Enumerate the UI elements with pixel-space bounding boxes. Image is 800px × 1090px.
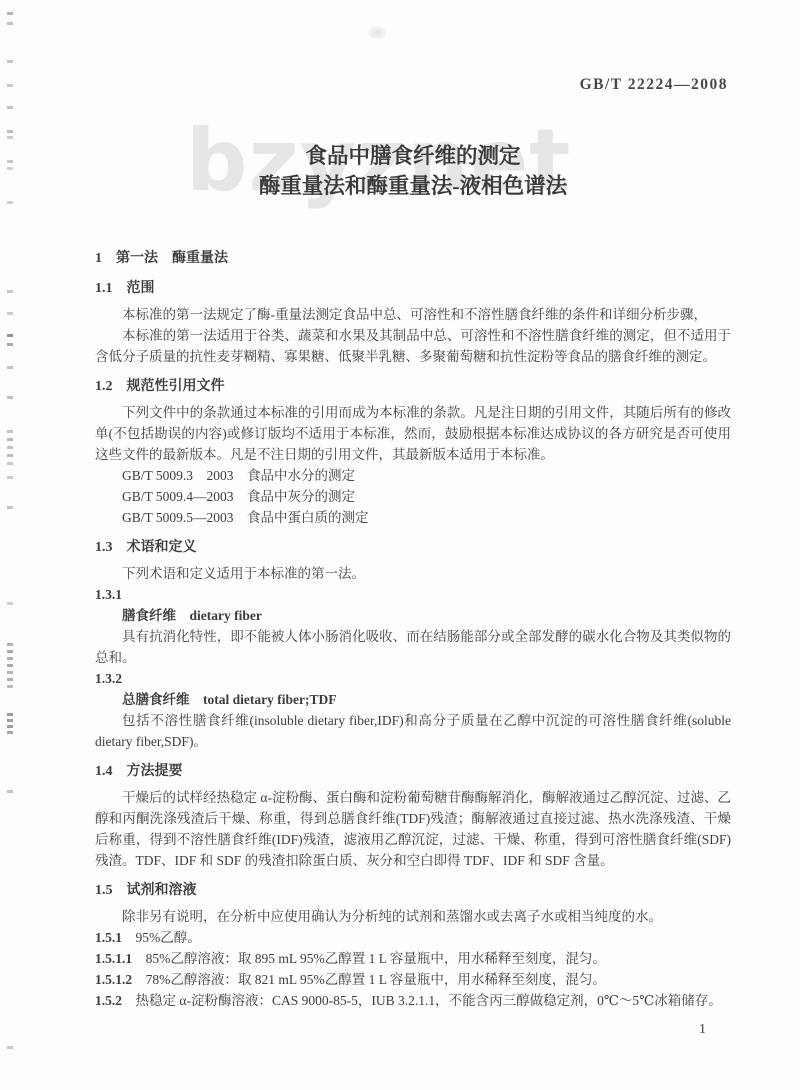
clause-text: 本标准的第一法适用于谷类、蔬菜和水果及其制品中总、可溶性和不溶性膳食纤维的测定，… bbox=[95, 328, 731, 364]
page-number: 1 bbox=[699, 1022, 706, 1038]
reference-item: GB/T 5009.5—2003 食品中蛋白质的测定 bbox=[122, 507, 731, 528]
clause-1.5.1.2: 1.5.1.278%乙醇溶液：取 821 mL 95%乙醇置 1 L 容量瓶中，… bbox=[95, 969, 731, 990]
reference-item: GB/T 5009.3 2003 食品中水分的测定 bbox=[122, 465, 731, 486]
paragraph: 干燥后的试样经热稳定 α-淀粉酶、蛋白酶和淀粉葡萄糖苷酶酶解消化，酶解液通过乙醇… bbox=[95, 787, 731, 871]
clause-text: 78%乙醇溶液：取 821 mL 95%乙醇置 1 L 容量瓶中，用水稀释至刻度… bbox=[146, 972, 606, 987]
scan-edge-artifacts bbox=[7, 12, 13, 15]
clause-number: 1.2 bbox=[95, 379, 113, 394]
term-number-1.3.1: 1.3.1 bbox=[95, 584, 731, 605]
clause-number: 1.4 bbox=[95, 764, 113, 779]
term-title: 膳食纤维 dietary fiber bbox=[122, 605, 731, 626]
clause-number: 1.5.1.1 bbox=[95, 951, 132, 966]
clause-heading-1.2: 1.2规范性引用文件 bbox=[95, 376, 731, 397]
clause-text: 第一法 酶重量法 bbox=[116, 251, 228, 266]
clause-text: GB/T 5009.5—2003 食品中蛋白质的测定 bbox=[122, 510, 369, 525]
clause-1.5.2: 1.5.2热稳定 α-淀粉酶溶液：CAS 9000-85-5，IUB 3.2.1… bbox=[95, 990, 731, 1011]
clause-heading-1.3: 1.3术语和定义 bbox=[95, 537, 731, 558]
clause-text: 规范性引用文件 bbox=[127, 379, 225, 394]
paragraph: 除非另有说明，在分析中应使用确认为分析纯的试剂和蒸馏水或去离子水或相当纯度的水。 bbox=[95, 906, 731, 927]
document-body: 1第一法 酶重量法1.1范围本标准的第一法规定了酶-重量法测定食品中总、可溶性和… bbox=[95, 240, 731, 1011]
clause-text: 范围 bbox=[127, 281, 155, 296]
clause-heading-1.1: 1.1范围 bbox=[95, 278, 731, 299]
paragraph: 下列文件中的条款通过本标准的引用而成为本标准的条款。凡是注日期的引用文件，其随后… bbox=[95, 402, 731, 465]
clause-text: 热稳定 α-淀粉酶溶液：CAS 9000-85-5，IUB 3.2.1.1，不能… bbox=[136, 993, 722, 1008]
clause-text: 干燥后的试样经热稳定 α-淀粉酶、蛋白酶和淀粉葡萄糖苷酶酶解消化，酶解液通过乙醇… bbox=[95, 790, 731, 868]
clause-text: 包括不溶性膳食纤维(insoluble dietary fiber,IDF)和高… bbox=[95, 713, 731, 749]
paragraph: 本标准的第一法适用于谷类、蔬菜和水果及其制品中总、可溶性和不溶性膳食纤维的测定，… bbox=[95, 325, 731, 367]
clause-text: 总膳食纤维 total dietary fiber;TDF bbox=[122, 692, 336, 707]
doc-title-line2: 酶重量法和酶重量法-液相色谱法 bbox=[95, 171, 731, 201]
clause-text: 本标准的第一法规定了酶-重量法测定食品中总、可溶性和不溶性膳食纤维的条件和详细分… bbox=[122, 307, 707, 322]
reference-item: GB/T 5009.4—2003 食品中灰分的测定 bbox=[122, 486, 731, 507]
paragraph: 包括不溶性膳食纤维(insoluble dietary fiber,IDF)和高… bbox=[95, 710, 731, 752]
clause-heading-1: 1第一法 酶重量法 bbox=[95, 248, 731, 269]
clause-text: 术语和定义 bbox=[127, 540, 197, 555]
clause-number: 1.3.2 bbox=[95, 671, 122, 686]
clause-1.5.1: 1.5.195%乙醇。 bbox=[95, 927, 731, 948]
clause-number: 1.5.2 bbox=[95, 993, 122, 1008]
clause-text: 95%乙醇。 bbox=[136, 930, 201, 945]
clause-heading-1.5: 1.5试剂和溶液 bbox=[95, 880, 731, 901]
paragraph: 下列术语和定义适用于本标准的第一法。 bbox=[95, 563, 731, 584]
clause-text: 方法提要 bbox=[127, 764, 183, 779]
clause-text: GB/T 5009.4—2003 食品中灰分的测定 bbox=[122, 489, 355, 504]
clause-text: 试剂和溶液 bbox=[127, 883, 197, 898]
clause-number: 1.3.1 bbox=[95, 587, 122, 602]
term-number-1.3.2: 1.3.2 bbox=[95, 668, 731, 689]
clause-text: 85%乙醇溶液：取 895 mL 95%乙醇置 1 L 容量瓶中，用水稀释至刻度… bbox=[146, 951, 606, 966]
clause-number: 1.5.1.2 bbox=[95, 972, 132, 987]
clause-text: 下列术语和定义适用于本标准的第一法。 bbox=[122, 566, 365, 581]
document-title: 食品中膳食纤维的测定 酶重量法和酶重量法-液相色谱法 bbox=[95, 141, 731, 201]
clause-text: 膳食纤维 dietary fiber bbox=[122, 608, 262, 623]
clause-number: 1.5 bbox=[95, 883, 113, 898]
doc-title-line1: 食品中膳食纤维的测定 bbox=[95, 141, 731, 171]
paragraph: 具有抗消化特性，即不能被人体小肠消化吸收、而在结肠能部分或全部发酵的碳水化合物及… bbox=[95, 626, 731, 668]
clause-heading-1.4: 1.4方法提要 bbox=[95, 761, 731, 782]
standard-number: GB/T 22224—2008 bbox=[580, 76, 728, 94]
clause-number: 1 bbox=[95, 251, 102, 266]
clause-text: 下列文件中的条款通过本标准的引用而成为本标准的条款。凡是注日期的引用文件，其随后… bbox=[95, 405, 731, 462]
clause-number: 1.1 bbox=[95, 281, 113, 296]
clause-text: 除非另有说明，在分析中应使用确认为分析纯的试剂和蒸馏水或去离子水或相当纯度的水。 bbox=[122, 909, 662, 924]
scanned-document-page: GB/T 22224—2008 bzyznet 食品中膳食纤维的测定 酶重量法和… bbox=[0, 0, 800, 1090]
clause-number: 1.5.1 bbox=[95, 930, 122, 945]
clause-1.5.1.1: 1.5.1.185%乙醇溶液：取 895 mL 95%乙醇置 1 L 容量瓶中，… bbox=[95, 948, 731, 969]
clause-text: 具有抗消化特性，即不能被人体小肠消化吸收、而在结肠能部分或全部发酵的碳水化合物及… bbox=[95, 629, 731, 665]
clause-text: GB/T 5009.3 2003 食品中水分的测定 bbox=[122, 468, 355, 483]
term-title: 总膳食纤维 total dietary fiber;TDF bbox=[122, 689, 731, 710]
clause-number: 1.3 bbox=[95, 540, 113, 555]
paragraph: 本标准的第一法规定了酶-重量法测定食品中总、可溶性和不溶性膳食纤维的条件和详细分… bbox=[95, 304, 731, 325]
scan-smudge bbox=[368, 26, 386, 39]
